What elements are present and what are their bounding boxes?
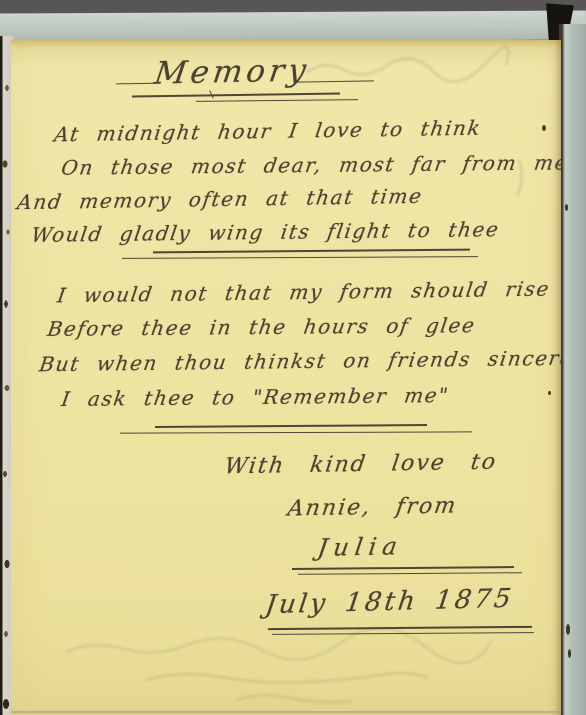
stanza-divider	[153, 249, 470, 254]
title-underline	[196, 99, 358, 102]
album-page: Memory At midnight hour I love to think …	[11, 40, 561, 715]
bleed-through-mark	[306, 47, 509, 81]
closing-line: With kind love to	[223, 450, 499, 480]
stanza-divider	[122, 256, 478, 259]
cover-speck	[565, 204, 568, 211]
signature: Julia	[316, 532, 405, 561]
bleed-through-mark	[146, 673, 428, 682]
cover-speck	[566, 624, 570, 635]
poem-line: I would not that my form should rise	[56, 277, 552, 308]
title-underline	[132, 93, 340, 98]
signature-underline	[298, 572, 522, 575]
signature-underline	[292, 566, 514, 570]
cover-speck	[568, 649, 571, 658]
poem-line: Would gladly wing its flight to thee	[30, 217, 502, 247]
poem-line: Before thee in the hours of glee	[46, 313, 477, 341]
stanza-divider	[120, 431, 472, 433]
poem-line: At midnight hour I love to think	[53, 116, 483, 147]
date-underline	[268, 626, 532, 630]
poem-line: On those most dear, most far from me	[60, 150, 561, 179]
ink-speck	[542, 125, 546, 131]
stanza-divider	[155, 424, 427, 428]
poem-line: I ask thee to "Remember me"	[60, 383, 451, 411]
page-title: Memory	[152, 52, 312, 91]
page-bottom-edge	[11, 711, 561, 713]
bleed-through-mark	[236, 695, 352, 702]
ink-speck	[548, 391, 551, 395]
closing-line: Annie, from	[286, 494, 459, 522]
date-underline	[272, 632, 534, 635]
scanned-album-photo: Memory At midnight hour I love to think …	[0, 0, 586, 715]
poem-line: But when thou thinkst on friends sincere	[38, 346, 561, 377]
title-flourish-right	[296, 80, 374, 82]
book-cover-right-edge	[559, 24, 586, 715]
date-line: July 18th 1875	[264, 584, 516, 620]
poem-line: And memory often at that time	[16, 184, 425, 214]
